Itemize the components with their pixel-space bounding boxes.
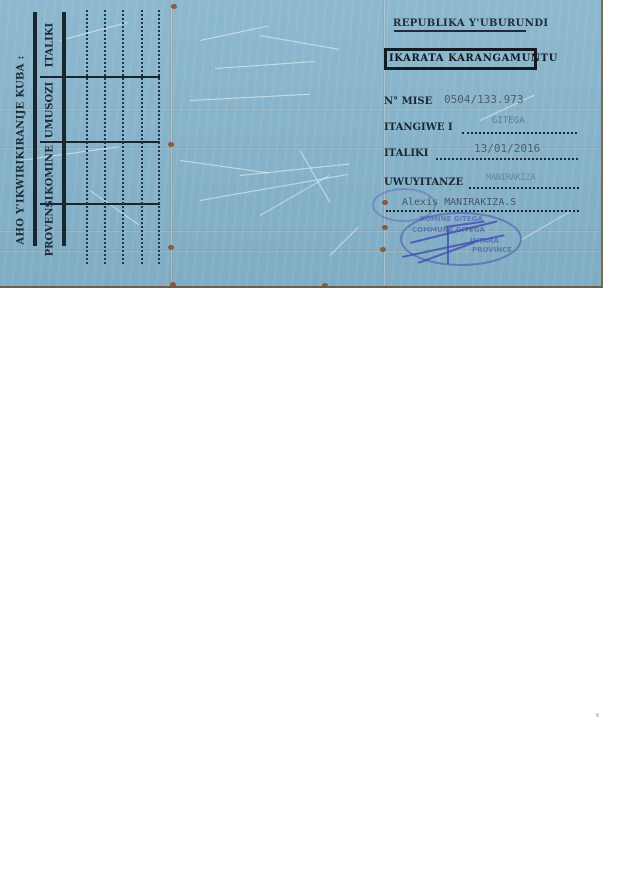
signature — [447, 228, 449, 264]
identity-card: AHO Y'IKWIRIKIRANIJE KUBA : ITALIKI UMUS… — [0, 0, 603, 288]
entry-row-line — [86, 10, 88, 264]
entry-row-line — [104, 10, 106, 264]
field-value-mise: 0504/133.973 — [444, 93, 523, 106]
field-dots — [436, 158, 578, 160]
stamp-partial — [372, 188, 436, 222]
blank-middle-panel — [172, 0, 385, 286]
field-label-uwuyitanze: UWUYITANZE — [384, 177, 463, 188]
field-value-italiki: 13/01/2016 — [474, 142, 540, 155]
field-label-itangiwe: ITANGIWE I — [384, 122, 453, 133]
field-italiki: ITALIKI 13/01/2016 — [384, 148, 428, 162]
entry-row-line — [122, 10, 124, 264]
column-umusozi: UMUSOZI — [45, 82, 56, 138]
card-title: IKARATA KARANGAMUNTU — [384, 48, 537, 70]
field-itangiwe: ITANGIWE I GITEGA — [384, 122, 453, 136]
residence-panel: AHO Y'IKWIRIKIRANIJE KUBA : ITALIKI UMUS… — [0, 0, 172, 286]
residence-heading: AHO Y'IKWIRIKIRANIJE KUBA : — [16, 55, 27, 244]
field-value-itangiwe: GITEGA — [492, 116, 525, 126]
entry-row-line — [158, 10, 160, 264]
field-mise: N° MISE 0504/133.973 — [384, 96, 432, 110]
table-border — [33, 124, 37, 246]
stamp-line-4: PROVINCE — [472, 246, 512, 254]
table-border — [62, 12, 66, 246]
field-label-italiki: ITALIKI — [384, 148, 428, 159]
crinkle — [520, 210, 572, 241]
scan-speck — [596, 713, 599, 717]
column-provensi: PROVENSI — [45, 196, 56, 257]
republic-heading: REPUBLIKA Y'UBURUNDI — [393, 18, 548, 29]
heading-underline — [394, 30, 526, 32]
table-border — [33, 12, 37, 124]
column-italiki: ITALIKI — [45, 23, 56, 67]
column-komine: KOMINE — [45, 145, 56, 195]
field-value-uwuyitanze: MANIRAKIZA — [486, 173, 535, 183]
field-dots — [462, 132, 577, 134]
entry-row-line — [141, 10, 143, 264]
field-dots — [469, 187, 579, 189]
field-label-mise: N° MISE — [384, 96, 432, 107]
